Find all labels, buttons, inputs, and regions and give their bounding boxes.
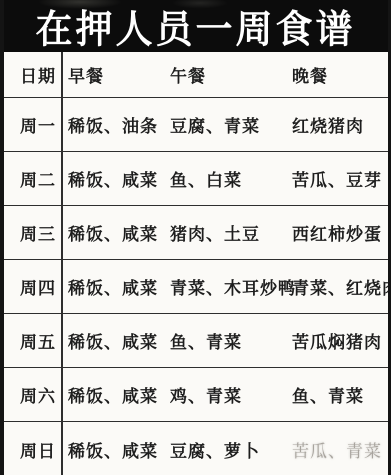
cell-breakfast: 稀饭、咸菜	[62, 437, 168, 462]
date-column-divider	[61, 52, 63, 475]
cell-dinner: 苦瓜、豆芽	[288, 166, 391, 191]
cell-date: 周一	[0, 112, 62, 137]
header-date: 日期	[0, 62, 62, 87]
table-row: 周五稀饭、咸菜鱼、青菜苦瓜焖猪肉	[0, 314, 391, 368]
cell-date: 周二	[0, 166, 62, 191]
cell-dinner: 青菜、红烧肉	[288, 274, 391, 299]
cell-dinner: 苦瓜、青菜	[288, 437, 391, 462]
cell-date: 周五	[0, 328, 62, 353]
header-dinner: 晚餐	[288, 62, 391, 87]
cell-date: 周六	[0, 382, 62, 407]
page-title: 在押人员一周食谱	[36, 0, 356, 52]
cell-breakfast: 稀饭、咸菜	[62, 274, 168, 299]
cell-breakfast: 稀饭、咸菜	[62, 220, 168, 245]
cell-breakfast: 稀饭、咸菜	[62, 166, 168, 191]
table-row: 周一稀饭、油条豆腐、青菜红烧猪肉	[0, 98, 391, 152]
cell-date: 周日	[0, 437, 62, 462]
header-lunch: 午餐	[168, 62, 288, 87]
table-row: 周二稀饭、咸菜鱼、白菜苦瓜、豆芽	[0, 152, 391, 206]
cell-lunch: 豆腐、萝卜	[168, 437, 288, 462]
cell-lunch: 鱼、青菜	[168, 328, 288, 353]
header-breakfast: 早餐	[62, 62, 168, 87]
cell-date: 周三	[0, 220, 62, 245]
cell-lunch: 鸡、青菜	[168, 382, 288, 407]
cell-breakfast: 稀饭、咸菜	[62, 382, 168, 407]
cell-dinner: 鱼、青菜	[288, 382, 391, 407]
cell-breakfast: 稀饭、咸菜	[62, 328, 168, 353]
menu-photo: 在押人员一周食谱 日期 早餐 午餐 晚餐 周一稀饭、油条豆腐、青菜红烧猪肉周二稀…	[0, 0, 391, 475]
cell-breakfast: 稀饭、油条	[62, 112, 168, 137]
menu-table-body: 周一稀饭、油条豆腐、青菜红烧猪肉周二稀饭、咸菜鱼、白菜苦瓜、豆芽周三稀饭、咸菜猪…	[0, 98, 391, 475]
left-edge-bar	[0, 0, 4, 475]
table-row: 周四稀饭、咸菜青菜、木耳炒鸭青菜、红烧肉	[0, 260, 391, 314]
cell-dinner: 红烧猪肉	[288, 112, 391, 137]
title-banner: 在押人员一周食谱	[0, 0, 391, 52]
cell-lunch: 青菜、木耳炒鸭	[168, 274, 288, 299]
table-row: 周日稀饭、咸菜豆腐、萝卜苦瓜、青菜	[0, 422, 391, 475]
table-header-row: 日期 早餐 午餐 晚餐	[0, 52, 391, 98]
cell-lunch: 豆腐、青菜	[168, 112, 288, 137]
cell-lunch: 猪肉、土豆	[168, 220, 288, 245]
cell-date: 周四	[0, 274, 62, 299]
table-row: 周三稀饭、咸菜猪肉、土豆西红柿炒蛋	[0, 206, 391, 260]
cell-lunch: 鱼、白菜	[168, 166, 288, 191]
cell-dinner: 西红柿炒蛋	[288, 220, 391, 245]
table-row: 周六稀饭、咸菜鸡、青菜鱼、青菜	[0, 368, 391, 422]
menu-table: 日期 早餐 午餐 晚餐 周一稀饭、油条豆腐、青菜红烧猪肉周二稀饭、咸菜鱼、白菜苦…	[0, 52, 391, 475]
cell-dinner: 苦瓜焖猪肉	[288, 328, 391, 353]
